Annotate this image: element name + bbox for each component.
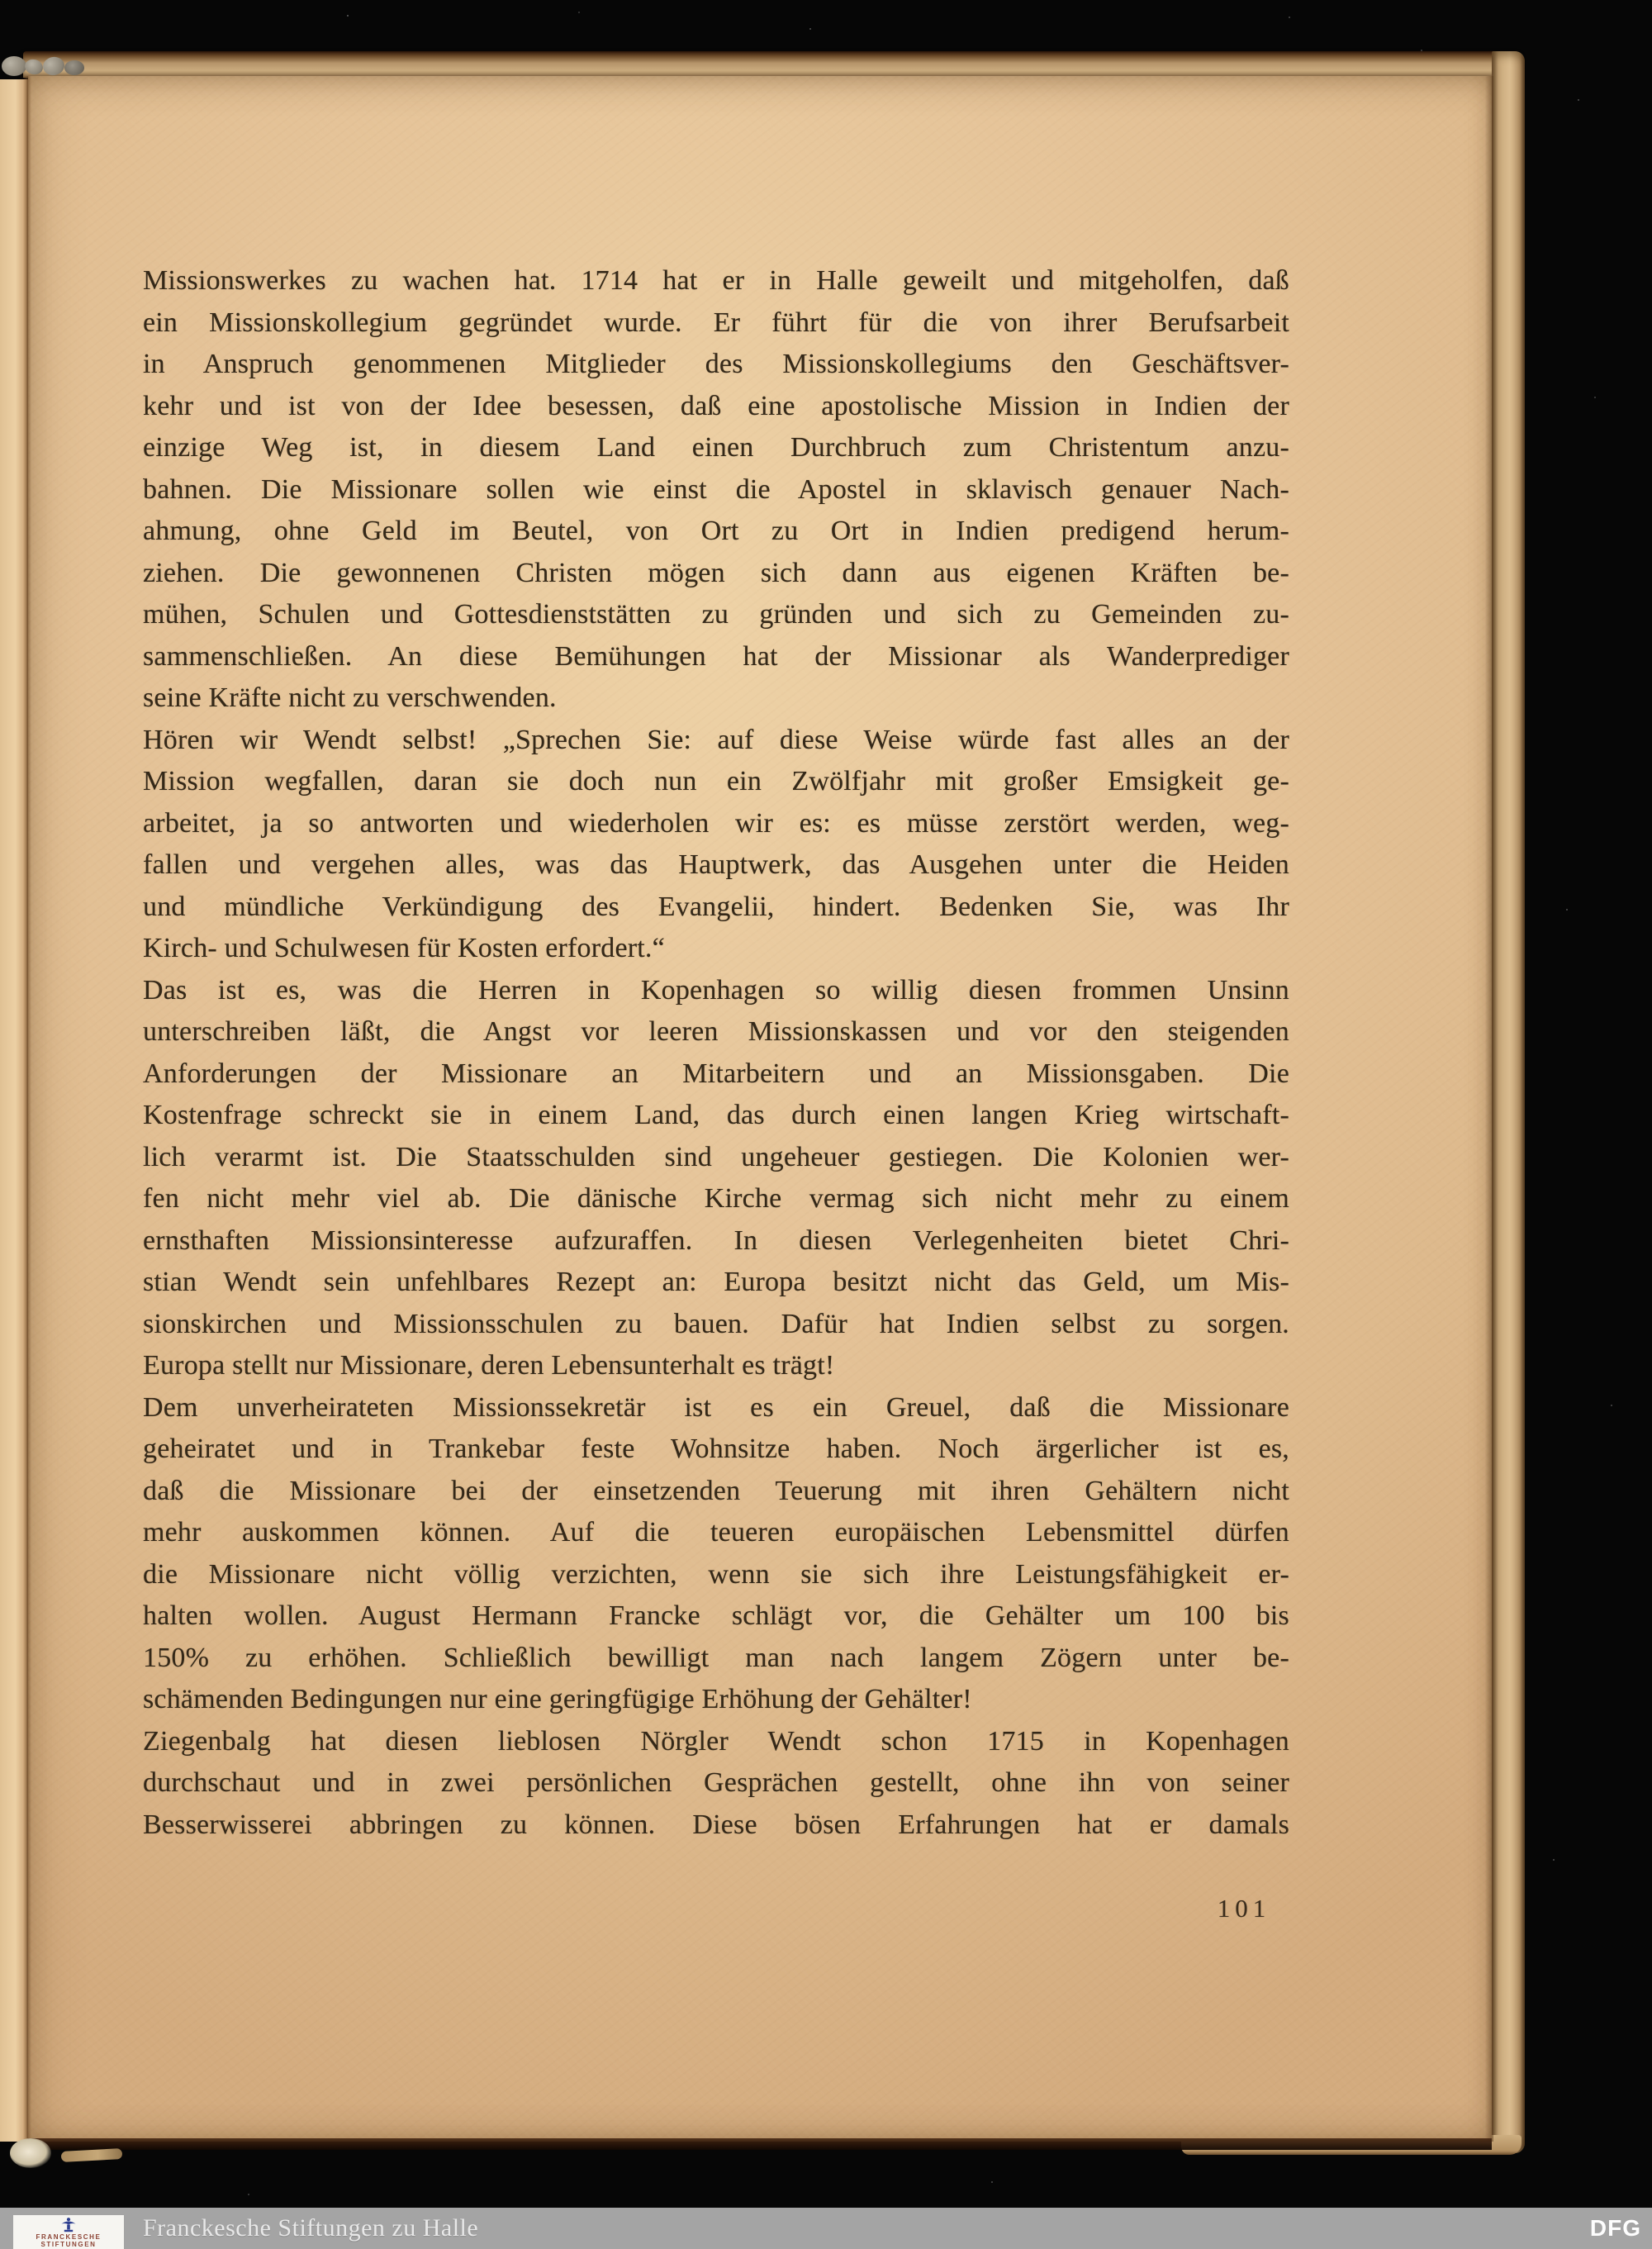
text-line: arbeitet, ja so antworten und wiederhole…	[143, 803, 1289, 845]
text-line: mühen, Schulen und Gottesdienststätten z…	[143, 594, 1289, 636]
text-line: Missionswerkes zu wachen hat. 1714 hat e…	[143, 260, 1289, 302]
text-line: in Anspruch genommenen Mitglieder des Mi…	[143, 344, 1289, 386]
text-line: daß die Missionare bei der einsetzenden …	[143, 1471, 1289, 1513]
headband-thread-knot	[64, 60, 84, 75]
binding-cord-remnant	[61, 2148, 123, 2162]
text-line: die Missionare nicht völlig verzichten, …	[143, 1554, 1289, 1596]
text-line: Ziegenbalg hat diesen lieblosen Nörgler …	[143, 1721, 1289, 1763]
text-line: einzige Weg ist, in diesem Land einen Du…	[143, 427, 1289, 469]
scan-background: Missionswerkes zu wachen hat. 1714 hat e…	[0, 0, 1652, 2249]
text-line: halten wollen. August Hermann Francke sc…	[143, 1595, 1289, 1638]
text-line: Das ist es, was die Herren in Kopenhagen…	[143, 970, 1289, 1012]
text-line: stian Wendt sein unfehlbares Rezept an: …	[143, 1262, 1289, 1304]
text-line: sionskirchen und Missionsschulen zu baue…	[143, 1304, 1289, 1346]
logo-text-line1: FRANCKESCHE	[36, 2233, 102, 2241]
text-line: ernsthaften Missionsinteresse aufzuraffe…	[143, 1220, 1289, 1262]
text-line: Dem unverheirateten Missionssekretär ist…	[143, 1387, 1289, 1429]
text-line: bahnen. Die Missionare sollen wie einst …	[143, 469, 1289, 511]
text-line: lich verarmt ist. Die Staatsschulden sin…	[143, 1137, 1289, 1179]
eagle-emblem-icon	[59, 2217, 78, 2233]
text-line: ein Missionskollegium gegründet wurde. E…	[143, 302, 1289, 345]
text-line: ziehen. Die gewonnenen Christen mögen si…	[143, 553, 1289, 595]
book-fore-edge	[1492, 51, 1525, 2153]
text-line: seine Kräfte nicht zu verschwenden.	[143, 678, 1289, 720]
institution-name: Franckesche Stiftungen zu Halle	[143, 2208, 478, 2249]
text-line: Kostenfrage schreckt sie in einem Land, …	[143, 1095, 1289, 1137]
text-line: unterschreiben läßt, die Angst vor leere…	[143, 1011, 1289, 1053]
text-line: fen nicht mehr viel ab. Die dänische Kir…	[143, 1178, 1289, 1220]
text-line: geheiratet und in Trankebar feste Wohnsi…	[143, 1429, 1289, 1471]
dust-specks	[0, 0, 2, 2]
page-right-edge-shadow	[1485, 76, 1493, 2142]
dfg-logo: DFG	[1590, 2208, 1641, 2249]
logo-text-line2: STIFTUNGEN	[40, 2241, 96, 2248]
text-line: Europa stellt nur Missionare, deren Lebe…	[143, 1345, 1289, 1387]
page-number: 101	[1204, 1894, 1284, 1923]
headband-thread-knot	[41, 55, 65, 77]
text-line: Anforderungen der Missionare an Mitarbei…	[143, 1053, 1289, 1096]
text-line: 150% zu erhöhen. Schließlich bewilligt m…	[143, 1638, 1289, 1680]
page-gutter	[23, 76, 31, 2142]
franckesche-stiftungen-logo: FRANCKESCHE STIFTUNGEN	[13, 2215, 124, 2249]
page-bottom-edge-shadow	[28, 2138, 1492, 2150]
text-line: fallen und vergehen alles, was das Haupt…	[143, 844, 1289, 887]
footer-bar: FRANCKESCHE STIFTUNGEN Franckesche Stift…	[0, 2208, 1652, 2249]
text-line: kehr und ist von der Idee besessen, daß …	[143, 386, 1289, 428]
binding-thread-remnant	[10, 2138, 51, 2168]
text-line: sammenschließen. An diese Bemühungen hat…	[143, 636, 1289, 678]
text-line: Mission wegfallen, daran sie doch nun ei…	[143, 761, 1289, 803]
text-line: durchschaut und in zwei persönlichen Ges…	[143, 1762, 1289, 1804]
text-line: Besserwisserei abbringen zu können. Dies…	[143, 1804, 1289, 1847]
headband-thread-knot	[23, 57, 45, 76]
text-line: Kirch- und Schulwesen für Kosten erforde…	[143, 928, 1289, 970]
text-line: mehr auskommen können. Auf die teueren e…	[143, 1512, 1289, 1554]
text-line: ahmung, ohne Geld im Beutel, von Ort zu …	[143, 511, 1289, 553]
headband-thread-knot	[2, 56, 26, 76]
book-top-edge	[23, 51, 1520, 78]
text-line: Hören wir Wendt selbst! „Sprechen Sie: a…	[143, 720, 1289, 762]
text-line: schämenden Bedingungen nur eine geringfü…	[143, 1679, 1289, 1721]
text-line: und mündliche Verkündigung des Evangelii…	[143, 887, 1289, 929]
page-text: Missionswerkes zu wachen hat. 1714 hat e…	[143, 260, 1289, 1846]
